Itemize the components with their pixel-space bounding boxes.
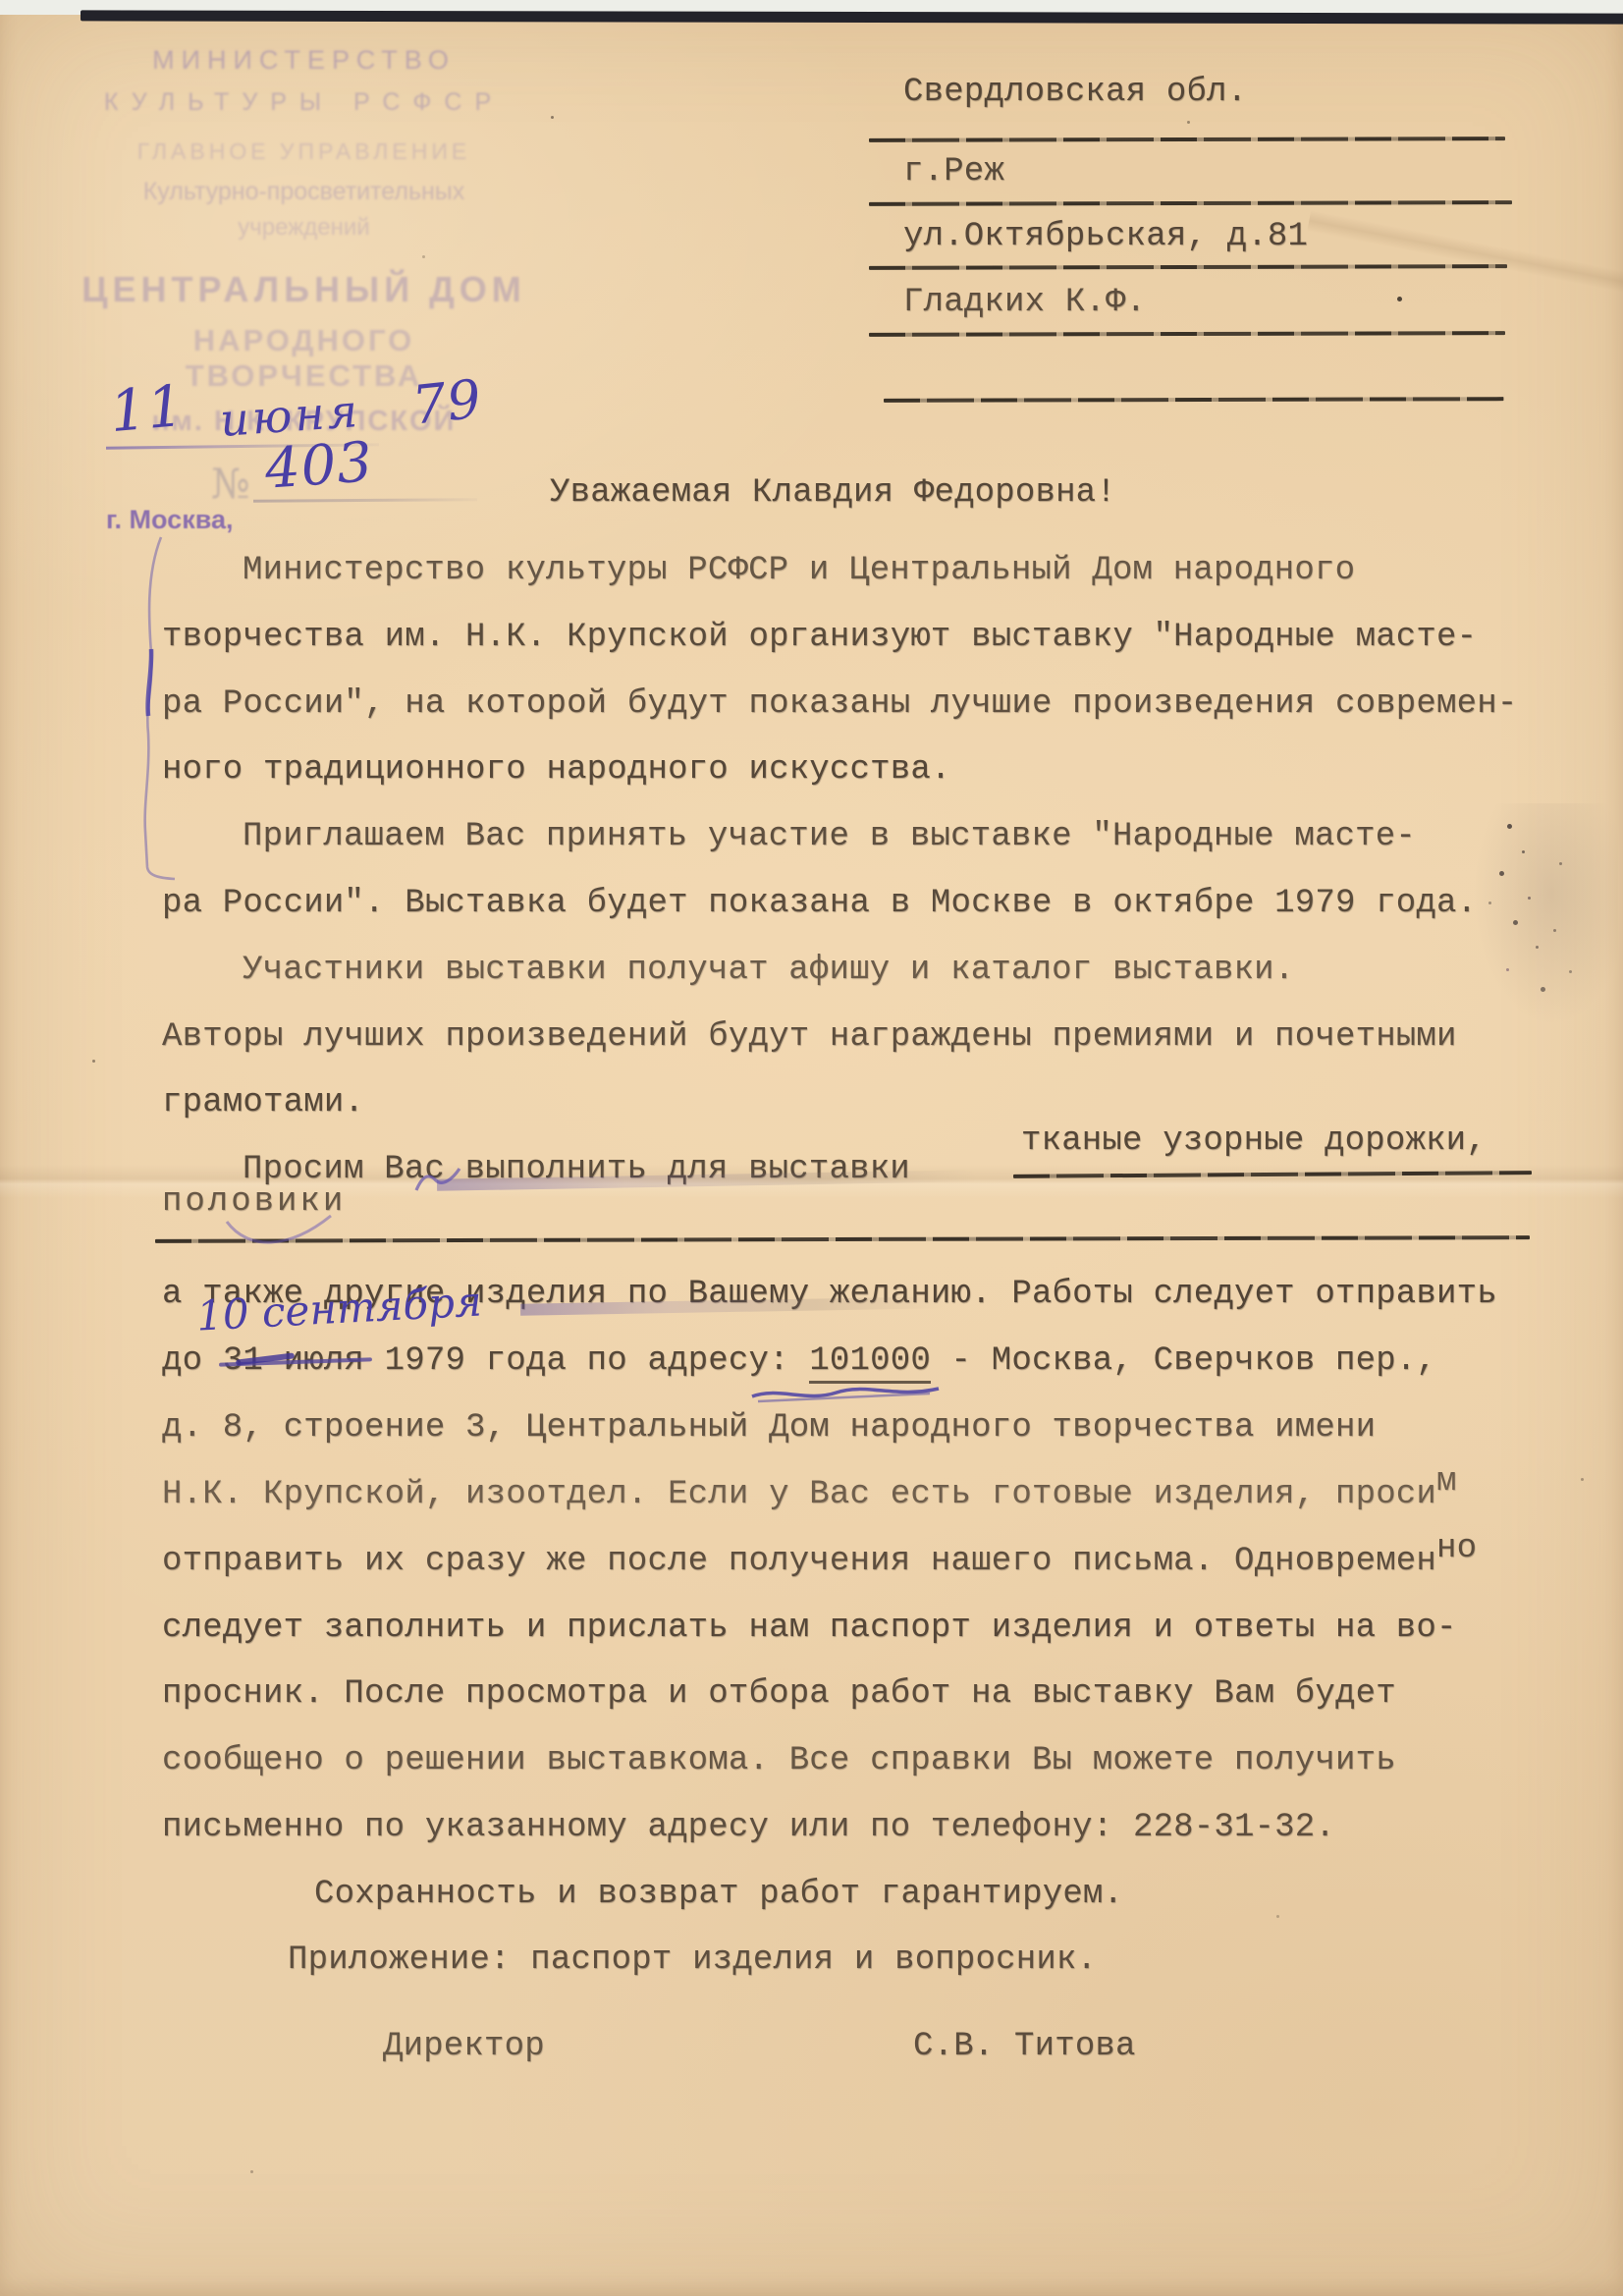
paper-crease-corner (1307, 210, 1623, 299)
typed-line: следует заполнить и прислать нам паспорт… (162, 1611, 1457, 1646)
typed-line: отправить их сразу же после получения на… (162, 1544, 1477, 1579)
pen-flourish-mark (221, 1208, 339, 1257)
raised-letter: м (1436, 1464, 1457, 1500)
letterhead-line: учреждений (71, 214, 537, 242)
handwritten-day: 11 (107, 372, 187, 445)
typed-line: просник. После просмотра и отбора работ … (162, 1676, 1396, 1712)
recipient-city: г.Реж (903, 154, 1004, 190)
letterhead-line: КУЛЬТУРЫ РСФСР (71, 88, 537, 117)
letterhead-line: Культурно-просветительных (71, 178, 537, 206)
signature-title: Директор (383, 2029, 545, 2064)
typed-line: сообщено о решении выставкома. Все справ… (162, 1743, 1396, 1778)
typed-line: ра России". Выставка будет показана в Мо… (162, 886, 1477, 921)
recipient-street: ул.Октябрьская, д.81 (903, 219, 1308, 254)
typed-line: Участники выставки получат афишу и катал… (243, 953, 1294, 988)
blank-underline (884, 397, 1504, 403)
recipient-underline (869, 331, 1505, 337)
fill-in-underline-long (155, 1235, 1530, 1243)
pen-check-mark (412, 1165, 471, 1200)
number-underline (253, 498, 477, 503)
letterhead-line: ЦЕНТРАЛЬНЫЙ ДОМ (71, 269, 537, 310)
recipient-region: Свердловская обл. (903, 75, 1247, 110)
guarantee-line: Сохранность и возврат работ гарантируем. (314, 1877, 1123, 1912)
raised-letter: но (1436, 1531, 1477, 1566)
typed-line: Авторы лучших произведений будут награжд… (162, 1019, 1457, 1055)
line-text: Н.К. Крупской, изоотдел. Если у Вас есть… (162, 1476, 1436, 1513)
dust-specks (0, 0, 3, 3)
typed-line-with-correction: до 31 июля 1979 года по адресу: 101000 -… (162, 1343, 1436, 1379)
recipient-underline (869, 200, 1512, 206)
date-mid: 1979 года по адресу: (364, 1342, 809, 1380)
line-text: отправить их сразу же после получения на… (162, 1543, 1436, 1580)
ink-splatter (1471, 803, 1618, 1029)
typed-line: Н.К. Крупской, изоотдел. Если у Вас есть… (162, 1477, 1457, 1512)
letterhead-line: МИНИСТЕРСТВО (71, 45, 537, 76)
postal-code: 101000 (809, 1342, 931, 1384)
salutation: Уважаемая Клавдия Федоровна! (550, 475, 1116, 511)
typed-line: письменно по указанному адресу или по те… (162, 1810, 1335, 1845)
recipient-name: Гладких К.Ф. (903, 285, 1146, 320)
typed-line: творчества им. Н.К. Крупской организуют … (162, 620, 1477, 655)
attachment-line: Приложение: паспорт изделия и вопросник. (288, 1942, 1097, 1978)
typed-line: д. 8, строение 3, Центральный Дом народн… (162, 1410, 1376, 1446)
moscow-stamp: г. Москва, (106, 505, 233, 535)
recipient-underline (869, 137, 1505, 142)
date-post: - Москва, Сверчков пер., (931, 1342, 1436, 1380)
postal-scribble-mark (748, 1381, 945, 1408)
letter-page: МИНИСТЕРСТВО КУЛЬТУРЫ РСФСР ГЛАВНОЕ УПРА… (0, 0, 1623, 2296)
letterhead-line: ГЛАВНОЕ УПРАВЛЕНИЕ (71, 138, 537, 165)
typed-line: грамотами. (162, 1085, 364, 1121)
recipient-underline (869, 264, 1507, 270)
date-pre: до (162, 1342, 223, 1380)
typed-line: Приглашаем Вас принять участие в выставк… (243, 819, 1416, 854)
typed-insert-items: тканые узорные дорожки, (1021, 1123, 1487, 1159)
number-sign-stamp: № (211, 460, 250, 508)
typed-line: ного традиционного народного искусства. (162, 752, 951, 788)
signature-name: С.В. Титова (913, 2029, 1136, 2064)
typed-line: ра России", на которой будут показаны лу… (162, 686, 1517, 722)
typed-line: Министерство культуры РСФСР и Центральны… (243, 553, 1355, 588)
handwritten-number: 403 (263, 430, 375, 502)
scan-edge-shadow (81, 10, 1623, 24)
handwritten-year: 79 (409, 367, 485, 436)
